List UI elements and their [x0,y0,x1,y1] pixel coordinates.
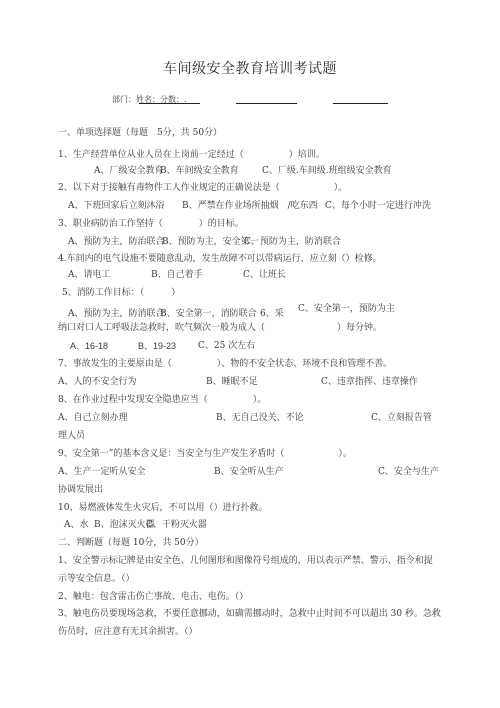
tf1-line1: 1、安全警示标记牌是由安全色、几何图形和图像符号组成的，用以表示严禁、警示、指令… [58,556,433,567]
document-title: 车间级安全教育培训考试题 [0,60,500,78]
q1-option-a: A、厂级安全教育 [94,166,164,177]
q8-option-a: A、自己立刻办理 [58,413,128,424]
q9-option-c-cont: 协调发展出 [58,485,103,496]
q8-option-c-cont: 理人员 [58,431,85,442]
q8-option-b: B、无自己没关、不论 [216,413,304,424]
q3-option-c: C、预防为主，防消联合 [244,237,341,248]
q3-option-a: A、预防为主，防治联合 [68,237,165,248]
q2-stem: 2、以下对于接触有毒物件工人作业规定的正确说法是（ ）。 [58,183,347,194]
q5-option-c: C、安全第一，预防为主 [298,304,395,315]
q6-option-a: A、16-18 [70,341,108,352]
q8-option-c: C、立刻报告管 [371,413,432,424]
q5-stem: 5、消防工作目标：（ ） [62,288,180,299]
q7-option-c: C、违章指挥、违章操作 [321,377,418,388]
name-underline [139,103,200,104]
q1-option-c: C、厂级.车间级.班组级安全教育 [262,166,392,177]
q10-stem: 10、易燃液体发生火灾后，不可以用（）进行扑救。 [58,503,267,514]
tf2-line1: 2、触电：包含雷击伤亡事故、电击、电伤。（） [58,592,248,603]
q6-stem-prefix: 6、采 [260,309,284,320]
section2-heading: 二、判断题（每题 10分，共 50分） [58,538,204,549]
q9-option-c: C、安全与生产 [378,467,439,478]
section1-heading: 一、单项选择题（每题 5分，共 50分） [58,128,222,139]
q2-option-c: C、每个小时一定进行冲洗 [325,201,431,212]
q6-option-b: B、19-23 [138,341,176,352]
q4-stem: 4.车间内的电气设施不要随意乱动，发生故障不可以带病运行，应立刻（）检修。 [58,254,382,265]
q9-stem: 9、安全第一”的基本含义是：当安全与生产发生矛盾时（ ）。 [58,449,352,460]
q9-option-b: B、安全听从生产 [214,467,284,478]
q1-option-b: B、车间级安全教育 [160,166,239,177]
q7-option-a: A、人的不安全行为 [58,377,137,388]
q4-option-c: C、让班长 [243,270,286,281]
q7-option-b: B、睡眠不足 [206,377,258,388]
q9-option-a: A、生产一定听从安全 [58,467,146,478]
q3-stem: 3、职业病防治工作坚持（ ）的目标。 [58,219,244,230]
q8-stem: 8、在作业过程中发现安全隐患应当（ ）。 [58,395,266,406]
q1-stem: 1、生产经营单位从业人员在上岗前一定经过（ ）培训。 [58,150,325,161]
q4-option-b: B、自己着手 [151,270,203,281]
exam-page: 车间级安全教育培训考试题 部门：姓名：分数：. 一、单项选择题（每题 5分，共 … [0,0,500,708]
tf3-line1: 3、触电伤员要现场急救，不要任意挪动，如确需挪动时，急救中止时间不可以超出 30… [58,609,441,620]
q6-option-c: C、25 次左右 [198,341,255,352]
score-underline [236,103,297,104]
q6-stem: 纳口对口人工呼吸法急救时，吹气频次一般为成人（ ）每分钟。 [58,323,382,334]
q10-option-c: C、干粉灭火器 [146,520,207,531]
q4-option-a: A、请电工 [68,270,111,281]
q5-option-a: A、预防为主，防消联合 [68,309,165,320]
tf3-line2: 伤员时，应注意有无其余损害。（） [58,627,198,638]
q2-option-b: B、严禁在作业场所抽烟 /吃东西 [182,201,318,212]
tf1-line2: 示等安全信息。（） [58,574,135,585]
q7-stem: 7、事故发生的主要原由是（ ）、物的不安全状态、环境不良和管理不善。 [58,359,392,370]
q5-option-b: B、安全第一，消防联合 [160,309,257,320]
q10-option-a: A、水 [64,520,89,531]
q2-option-a: A、下班回家后立刻沐浴 [68,201,165,212]
extra-underline [333,103,388,104]
